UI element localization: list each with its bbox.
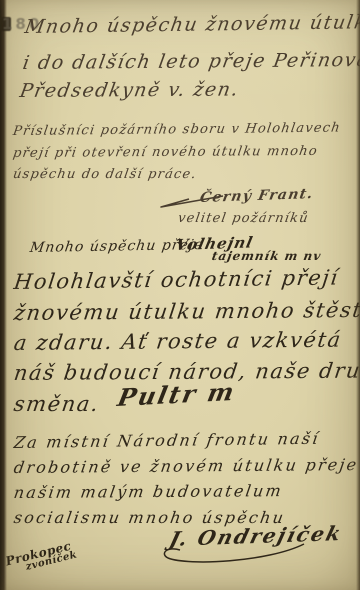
entry1-line2: i do dalších leto přeje Peřinová, xyxy=(21,49,360,74)
entry1-line1: Mnoho úspěchu žnovému útulku xyxy=(23,11,360,38)
entry4-line5: směna. xyxy=(12,392,101,416)
entry4-signature: Pultr m xyxy=(115,377,238,412)
entry2-signature-role: velitel požárníků xyxy=(177,211,310,226)
entry5-signature: J. Ondrejíček xyxy=(167,521,345,551)
entry2-line2: přejí při otevření nového útulku mnoho xyxy=(12,144,319,161)
entry5-line1: Za místní Národní frontu naší xyxy=(13,429,321,452)
entry5-line3: našim malým budovatelum xyxy=(13,481,285,502)
entry2-line1: Příslušníci požárního sboru v Holohlavec… xyxy=(12,121,342,139)
entry1-line3: Předsedkyně v. žen. xyxy=(18,78,241,102)
entry4-line1: Holohlavští ochotníci přejí xyxy=(12,265,340,294)
entry2-signature: Černý Frant. xyxy=(199,186,315,206)
chronicle-page: 180 Mnoho úspěchu žnovému útulku i do da… xyxy=(0,0,360,590)
entry3-signature-role: tajemník m nv xyxy=(211,249,323,263)
entry5-line2: drobotině ve žnovém útulku přeje xyxy=(13,455,360,477)
entry2-line3: úspěchu do další práce. xyxy=(12,167,198,182)
entry4-line3: a zdaru. Ať roste a vzkvétá xyxy=(12,328,343,355)
book-binding-edge xyxy=(0,0,7,590)
page-edge-shadow xyxy=(356,0,360,590)
corner-note: Prokopec zvoníček xyxy=(4,538,78,577)
entry4-line2: žnovému útulku mnoho štěstí xyxy=(12,298,360,325)
